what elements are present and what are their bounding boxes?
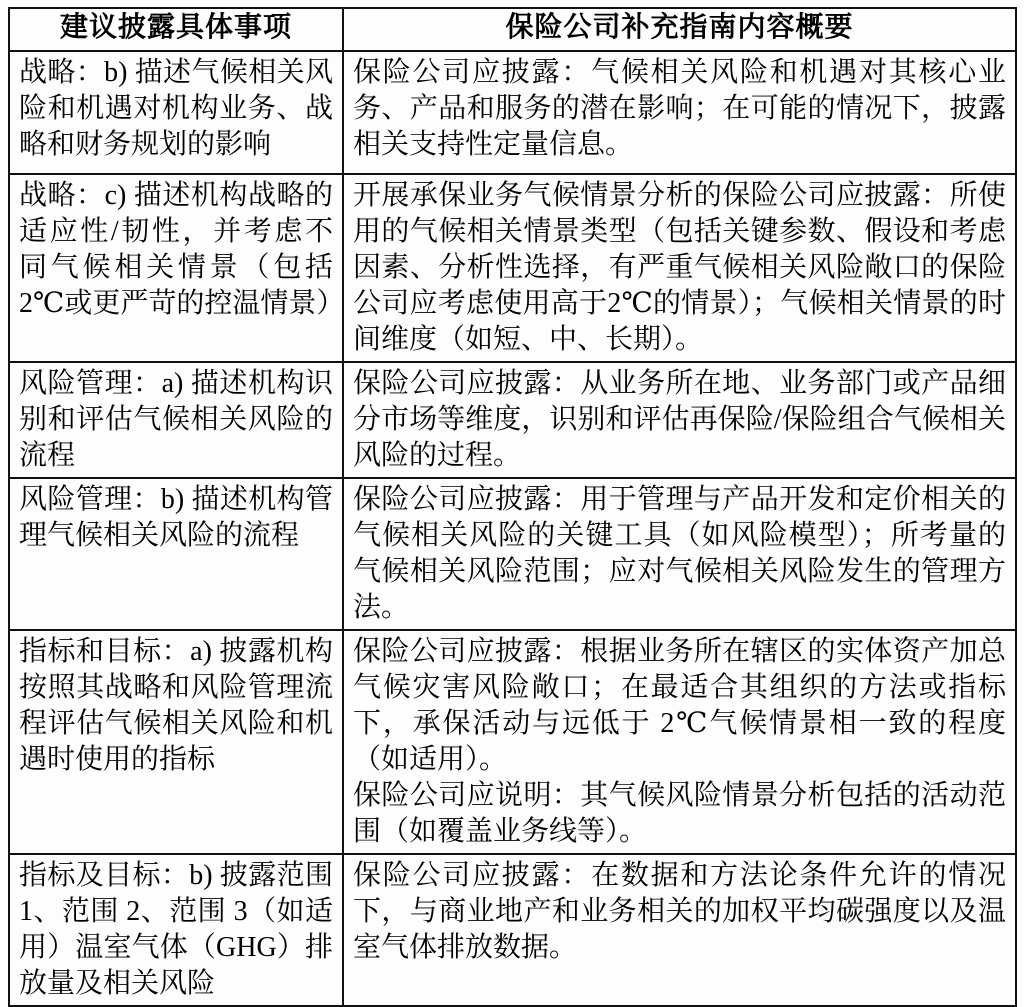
- cell-summary: 保险公司应披露：用于管理与产品开发和定价相关的气候相关风险的关键工具（如风险模型…: [343, 478, 1016, 630]
- cell-summary: 保险公司应披露：从业务所在地、业务部门或产品细分市场等维度，识别和评估再保险/保…: [343, 362, 1016, 478]
- summary-text: 保险公司应披露：用于管理与产品开发和定价相关的气候相关风险的关键工具（如风险模型…: [353, 482, 1006, 626]
- table-row: 战略：b) 描述气候相关风险和机遇对机构业务、战略和财务规划的影响 保险公司应披…: [9, 51, 1016, 174]
- table-row: 风险管理：b) 描述机构管理气候相关风险的流程 保险公司应披露：用于管理与产品开…: [9, 478, 1016, 630]
- cell-summary: 开展承保业务气候情景分析的保险公司应披露：所使用的气候相关情景类型（包括关键参数…: [343, 174, 1016, 362]
- summary-text: 保险公司应披露：根据业务所在辖区的实体资产加总气候灾害风险敞口；在最适合其组织的…: [353, 634, 1006, 778]
- column-header-guideline-summary: 保险公司补充指南内容概要: [343, 8, 1016, 51]
- table-row: 指标和目标：a) 披露机构按照其战略和风险管理流程评估气候相关风险和机遇时使用的…: [9, 630, 1016, 854]
- item-text: 风险管理：b) 描述机构管理气候相关风险的流程: [19, 482, 333, 554]
- item-text: 战略：c) 描述机构战略的适应性/韧性，并考虑不同气候相关情景（包括 2℃或更严…: [19, 178, 333, 322]
- table-row: 指标及目标：b) 披露范围 1、范围 2、范围 3（如适用）温室气体（GHG）排…: [9, 854, 1016, 1006]
- cell-summary: 保险公司应披露：在数据和方法论条件允许的情况下，与商业地产和业务相关的加权平均碳…: [343, 854, 1016, 1006]
- cell-summary: 保险公司应披露：气候相关风险和机遇对其核心业务、产品和服务的潜在影响；在可能的情…: [343, 51, 1016, 174]
- cell-item: 战略：b) 描述气候相关风险和机遇对机构业务、战略和财务规划的影响: [9, 51, 343, 174]
- summary-text: 保险公司应披露：气候相关风险和机遇对其核心业务、产品和服务的潜在影响；在可能的情…: [353, 55, 1006, 163]
- item-text: 指标及目标：b) 披露范围 1、范围 2、范围 3（如适用）温室气体（GHG）排…: [19, 858, 333, 1002]
- column-header-disclosure-items: 建议披露具体事项: [9, 8, 343, 51]
- table-row: 风险管理：a) 描述机构识别和评估气候相关风险的流程 保险公司应披露：从业务所在…: [9, 362, 1016, 478]
- item-text: 风险管理：a) 描述机构识别和评估气候相关风险的流程: [19, 366, 333, 474]
- cell-item: 风险管理：b) 描述机构管理气候相关风险的流程: [9, 478, 343, 630]
- cell-item: 风险管理：a) 描述机构识别和评估气候相关风险的流程: [9, 362, 343, 478]
- summary-text: 保险公司应披露：从业务所在地、业务部门或产品细分市场等维度，识别和评估再保险/保…: [353, 366, 1006, 474]
- cell-item: 指标及目标：b) 披露范围 1、范围 2、范围 3（如适用）温室气体（GHG）排…: [9, 854, 343, 1006]
- item-text: 指标和目标：a) 披露机构按照其战略和风险管理流程评估气候相关风险和机遇时使用的…: [19, 634, 333, 778]
- summary-text: 保险公司应披露：在数据和方法论条件允许的情况下，与商业地产和业务相关的加权平均碳…: [353, 858, 1006, 966]
- summary-text: 开展承保业务气候情景分析的保险公司应披露：所使用的气候相关情景类型（包括关键参数…: [353, 178, 1006, 358]
- summary-text: 保险公司应说明：其气候风险情景分析包括的活动范围（如覆盖业务线等）。: [353, 778, 1006, 850]
- item-text: 战略：b) 描述气候相关风险和机遇对机构业务、战略和财务规划的影响: [19, 55, 333, 163]
- cell-item: 战略：c) 描述机构战略的适应性/韧性，并考虑不同气候相关情景（包括 2℃或更严…: [9, 174, 343, 362]
- disclosure-table: 建议披露具体事项 保险公司补充指南内容概要 战略：b) 描述气候相关风险和机遇对…: [8, 7, 1017, 1007]
- table-row: 战略：c) 描述机构战略的适应性/韧性，并考虑不同气候相关情景（包括 2℃或更严…: [9, 174, 1016, 362]
- header-row: 建议披露具体事项 保险公司补充指南内容概要: [9, 8, 1016, 51]
- cell-item: 指标和目标：a) 披露机构按照其战略和风险管理流程评估气候相关风险和机遇时使用的…: [9, 630, 343, 854]
- document-page: 建议披露具体事项 保险公司补充指南内容概要 战略：b) 描述气候相关风险和机遇对…: [0, 0, 1024, 847]
- cell-summary: 保险公司应披露：根据业务所在辖区的实体资产加总气候灾害风险敞口；在最适合其组织的…: [343, 630, 1016, 854]
